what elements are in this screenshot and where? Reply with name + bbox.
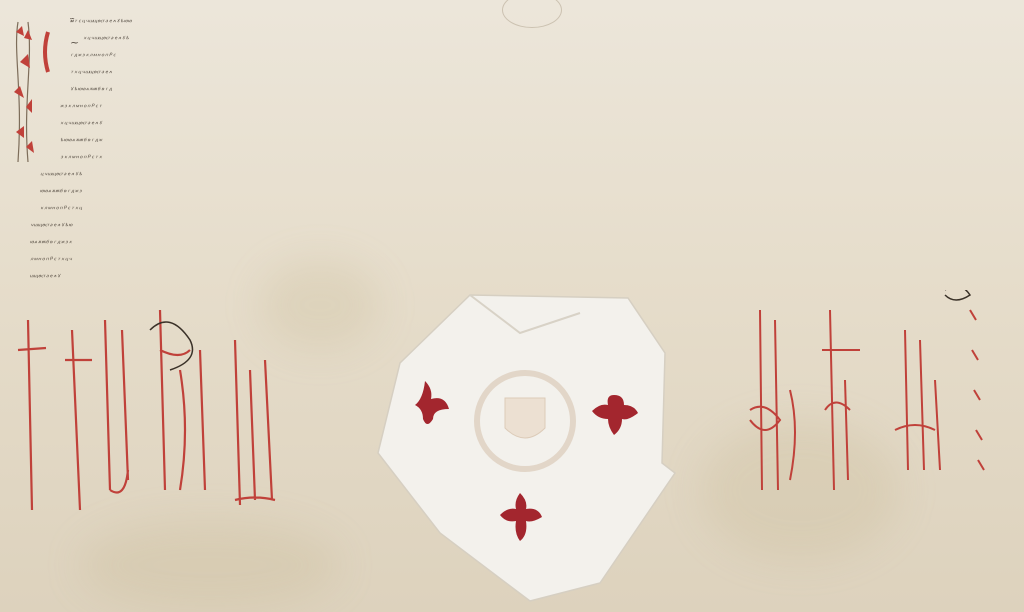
- stain: [80, 520, 340, 610]
- left-signatures: [10, 290, 300, 520]
- text-line: ⷧ ⷨ ⷩ ⷪ ⷫ ⷬ ⷭ ⷮ ⷯ ⷰ ⷱ: [30, 256, 1010, 270]
- text-line: ⷱ ⷲ ⷳ ⷴ ⷵ ⷶ ⷷ ⷸ ⷹ ⷺ ⷻ: [30, 222, 1010, 236]
- text-line: ⷻ ⷼ ⷽ ⷾ ⷿ ⷠ ⷡ ⷢ ⷣ ⷤ ⷥ: [40, 188, 1010, 202]
- text-line: ⷺ ⷻ ⷼ ⷽ ⷾ ⷿ ⷠ ⷡ ⷢ ⷣ ⷤ: [60, 137, 1010, 151]
- text-line: ⷢ ⷣ ⷤ ⷥ ⷦ ⷧ ⷨ ⷩ ⷪ ⷫ ⷬ ⷭ: [70, 52, 1010, 66]
- text-line: ⷹ ⷺ ⷻ ⷼ ⷽ ⷾ ⷿ ⷠ ⷡ ⷢ ⷣ: [70, 86, 1010, 100]
- text-line: ⷦ ⷧ ⷨ ⷩ ⷪ ⷫ ⷬ ⷭ ⷮ ⷯ ⷰ: [40, 205, 1010, 219]
- paper-seal: [370, 283, 686, 605]
- text-line: ⷮ ⷯ ⷰ ⷱ ⷲ ⷳ ⷴ ⷵ ⷶ ⷷ ⷸ: [70, 69, 1010, 83]
- text-line: ⷼ ⷽ ⷾ ⷿ ⷠ ⷡ ⷢ ⷣ ⷤ ⷥ ⷦ: [30, 239, 1010, 253]
- right-signatures: [730, 290, 1020, 510]
- manuscript-document: ⷨ҇ⷩ ⷮ ⷭ ⷰ ⷱ ⷲ ⷳ ⷴ ⷵ ⷶ ⷷ ⷸ ⷹ ⷺ ⷻ ⷼ ~ ⷯ ⷰ …: [0, 0, 1024, 612]
- text-line: ⷥ ⷦ ⷧ ⷨ ⷩ ⷪ ⷫ ⷬ ⷭ ⷮ ⷯ: [60, 154, 1010, 168]
- manuscript-text: ⷨ҇ⷩ ⷮ ⷭ ⷰ ⷱ ⷲ ⷳ ⷴ ⷵ ⷶ ⷷ ⷸ ⷹ ⷺ ⷻ ⷼ ~ ⷯ ⷰ …: [30, 8, 1020, 298]
- text-line: ⷰ ⷱ ⷲ ⷳ ⷴ ⷵ ⷶ ⷷ ⷸ ⷹ ⷺ: [40, 171, 1010, 185]
- text-line: ~ ⷯ ⷰ ⷱ ⷲ ⷳ ⷴ ⷵ ⷶ ⷷ ⷸ ⷹ ⷺ: [70, 35, 1010, 49]
- text-line: ⷯ ⷰ ⷱ ⷲ ⷳ ⷴ ⷵ ⷶ ⷷ ⷸ ⷹ: [60, 120, 1010, 134]
- text-line: ⷤ ⷥ ⷦ ⷧ ⷨ ⷩ ⷪ ⷫ ⷬ ⷭ ⷮ: [60, 103, 1010, 117]
- text-line: ⷨ҇ⷩ ⷮ ⷭ ⷰ ⷱ ⷲ ⷳ ⷴ ⷵ ⷶ ⷷ ⷸ ⷹ ⷺ ⷻ ⷼ: [70, 18, 1010, 32]
